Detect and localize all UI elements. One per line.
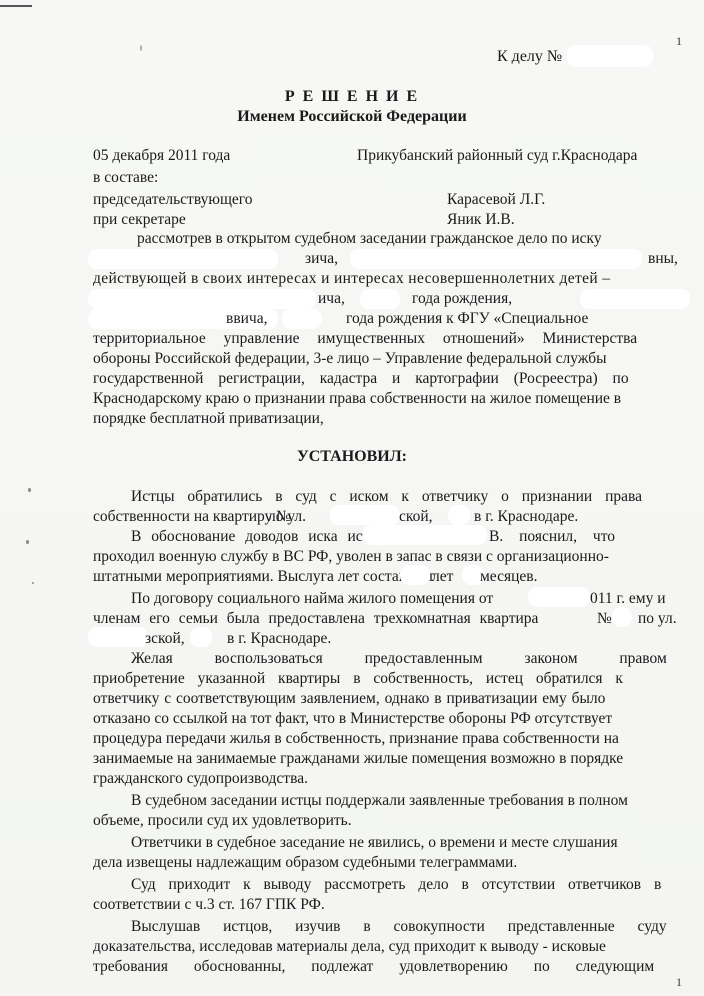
secretary-name: Яник И.В. <box>447 210 515 229</box>
paragraph-5-line-2: объеме, просили суд их удовлетворить. <box>93 811 352 830</box>
intro-line-9: Краснодарскому краю о признании права со… <box>93 389 621 408</box>
intro-line-1: рассмотрев в открытом судебном заседании… <box>137 229 685 248</box>
intro-line-5b: года рождения к ФГУ «Специальное <box>346 309 685 328</box>
redacted-name <box>88 289 316 309</box>
redacted-name <box>580 289 690 309</box>
paragraph-8-line-3: требования обоснованны, подлежат удовлет… <box>93 957 654 976</box>
paragraph-7-line-2: соответствии с ч.3 ст. 167 ГПК РФ. <box>93 895 325 914</box>
redacted-year <box>360 289 400 309</box>
case-ref-label: К делу № <box>497 47 562 66</box>
paragraph-2-line-3b: лет <box>432 567 453 586</box>
paragraph-2-line-2: проходил военную службу в ВС РФ, уволен … <box>93 547 609 566</box>
paragraph-7-line-1: Суд приходит к выводу рассмотреть дело в… <box>131 875 661 894</box>
presiding-name: Карасевой Л.Г. <box>447 190 545 209</box>
decision-date: 05 декабря 2011 года <box>93 146 230 165</box>
established-heading: УСТАНОВИЛ: <box>0 448 704 466</box>
paragraph-1-line-2c: ской, <box>399 507 433 526</box>
paragraph-4-line-5: процедура передачи жилья в собственность… <box>93 729 619 748</box>
paragraph-6-line-2: дела извещены надлежащим образом судебны… <box>93 853 517 872</box>
redacted-name <box>350 249 642 269</box>
paragraph-3-line-2a: членам его семьи была предоставлена трех… <box>93 609 538 628</box>
intro-line-2a: зича, <box>305 249 338 268</box>
intro-line-5a: ввича, <box>226 309 267 328</box>
paragraph-2-line-1a: В обоснование доводов иска истец <box>131 527 385 546</box>
intro-line-4b: года рождения, <box>412 289 512 308</box>
paragraph-8-line-1: Выслушав истцов, изучив в совокупности п… <box>131 917 667 936</box>
paragraph-1-line-2a: собственности на квартиру № <box>93 507 291 526</box>
intro-line-6: территориальное управление имущественных… <box>93 329 637 348</box>
redacted-street <box>330 505 400 525</box>
paragraph-3-line-2c: по ул. <box>638 609 677 628</box>
intro-line-10: порядке бесплатной приватизации, <box>93 409 324 428</box>
court-name: Прикубанский районный суд г.Краснодара <box>357 146 637 165</box>
paragraph-2-line-3a: штатными мероприятиями. Выслуга лет сост… <box>93 567 434 586</box>
paragraph-4-line-7: гражданского судопроизводства. <box>93 769 308 788</box>
secretary-label: при секретаре <box>93 210 186 229</box>
redacted-date <box>528 587 590 607</box>
presiding-label: председательствующего <box>93 190 252 209</box>
paragraph-2-line-3c: месяцев. <box>480 567 537 586</box>
document-title: Р Е Ш Е Н И Е <box>0 88 704 106</box>
intro-line-3: действующей в своих интересах и интереса… <box>93 269 685 288</box>
document-subtitle: Именем Российской Федерации <box>0 108 704 126</box>
paragraph-1-line-1: Истцы обратились в суд с иском к ответчи… <box>131 487 642 506</box>
paragraph-3-line-1b: 011 г. ему и <box>590 589 666 608</box>
scan-artifact <box>140 45 142 51</box>
paragraph-4-line-1: Желая воспользоваться предоставленным за… <box>131 649 704 668</box>
intro-line-8: государственной регистрации, кадастра и … <box>93 369 629 388</box>
redacted-name <box>363 525 487 545</box>
redacted-name <box>88 249 278 269</box>
page-number-top: 1 <box>676 34 682 49</box>
redacted-house <box>190 627 212 647</box>
paragraph-1-line-2b: ло ул. <box>268 507 306 526</box>
redacted-house <box>448 505 470 525</box>
paragraph-3-line-1a: По договору социального найма жилого пом… <box>131 589 493 608</box>
intro-line-7: обороны Российской федерации, 3-е лицо –… <box>93 349 607 368</box>
intro-line-2b: вны, <box>648 249 678 268</box>
scan-artifact <box>26 540 29 544</box>
paragraph-5-line-1: В судебном заседании истцы поддержали за… <box>131 791 628 810</box>
redacted-years <box>400 565 430 585</box>
redacted-apt <box>612 607 632 627</box>
page-number-bottom: 1 <box>676 975 682 990</box>
paragraph-1-line-2d: в г. Краснодаре. <box>474 507 578 526</box>
scanned-page: 1 К делу № Р Е Ш Е Н И Е Именем Российск… <box>0 0 704 996</box>
paragraph-3-line-3b: в г. Краснодаре. <box>227 629 331 648</box>
redacted-street <box>88 627 148 647</box>
paragraph-4-line-2: приобретение указанной квартиры в собств… <box>93 669 623 688</box>
paragraph-4-line-6: занимаемые на занимаемые гражданами жилы… <box>93 749 623 768</box>
redacted-case-number <box>567 45 653 67</box>
paragraph-3-line-2b: № <box>597 609 612 628</box>
redacted-year <box>282 309 322 329</box>
paragraph-2-line-1b: В. пояснил, что <box>489 527 615 546</box>
scan-artifact <box>28 488 31 492</box>
composition-label: в составе: <box>93 168 158 187</box>
paragraph-4-line-4: отказано со ссылкой на тот факт, что в М… <box>93 709 612 728</box>
paragraph-4-line-3: ответчику с соответствующим заявлением, … <box>93 689 605 708</box>
scan-edge-mark <box>0 5 32 7</box>
paragraph-6-line-1: Ответчики в судебное заседание не явилис… <box>131 833 618 852</box>
paragraph-3-line-3a: зской, <box>145 629 185 648</box>
intro-line-4a: ича, <box>318 289 345 308</box>
scan-artifact <box>32 582 34 584</box>
paragraph-8-line-2: доказательства, исследовав материалы дел… <box>93 937 606 956</box>
